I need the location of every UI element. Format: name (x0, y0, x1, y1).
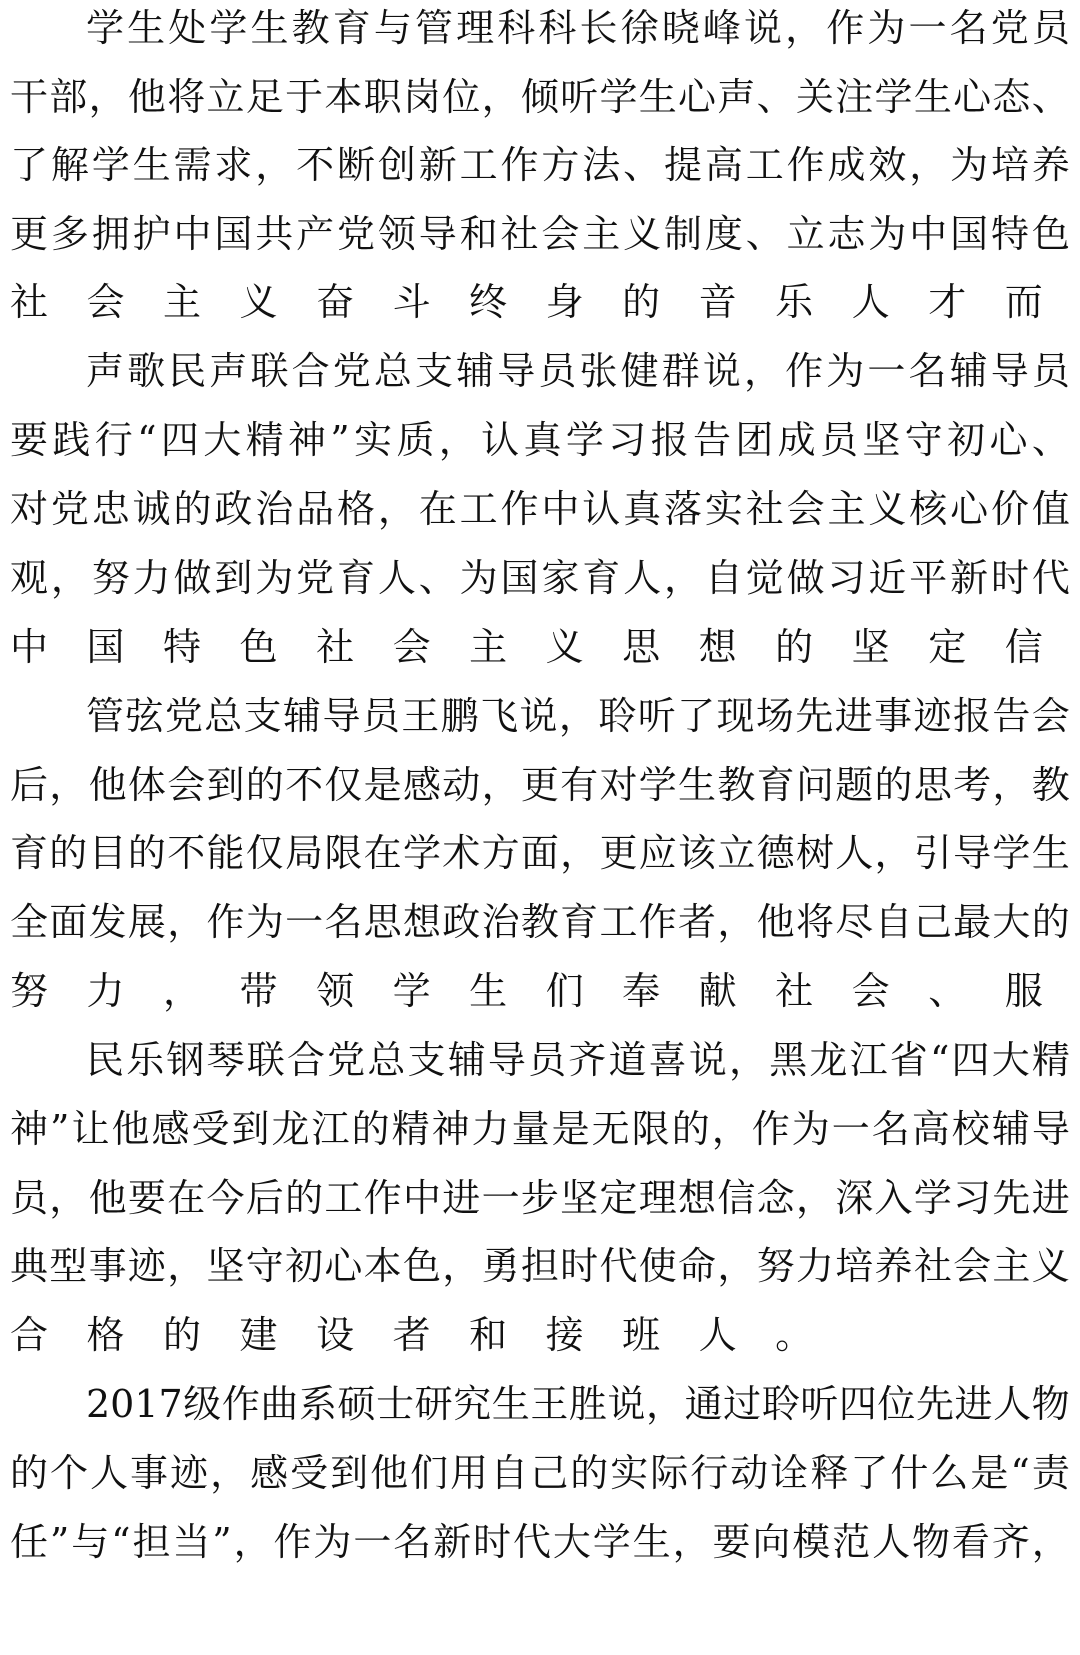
glyph: 落 (664, 479, 702, 539)
glyph: 级 (183, 1374, 221, 1434)
glyph: 党 (337, 204, 375, 264)
glyph: ， (49, 1168, 87, 1228)
glyph: 导 (497, 341, 535, 401)
glyph: 生 (133, 135, 171, 195)
glyph: 员 (528, 1030, 566, 1090)
glyph: 联 (251, 341, 289, 401)
glyph: 接 (546, 1305, 584, 1365)
glyph: 最 (953, 892, 991, 952)
glyph: ， (210, 1443, 248, 1503)
glyph: 中 (10, 617, 48, 677)
glyph: 钢 (166, 1030, 204, 1090)
glyph: 会 (393, 617, 431, 677)
paragraph-line: 2017级作曲系硕士研究生王胜说，通过聆听四位先进人物 (86, 1374, 1070, 1434)
glyph: 支 (415, 341, 453, 401)
glyph: 际 (650, 1443, 688, 1503)
glyph: 会 (852, 961, 890, 1021)
glyph: 义 (546, 617, 584, 677)
glyph: 要 (10, 410, 48, 470)
glyph: 导 (953, 823, 991, 883)
glyph: 什 (890, 1443, 928, 1503)
glyph: 求 (214, 135, 252, 195)
glyph: 物 (1032, 1374, 1070, 1434)
glyph: 名 (872, 1099, 910, 1159)
glyph: 受 (192, 1099, 230, 1159)
glyph: 不 (285, 755, 323, 815)
glyph: 会 (787, 479, 825, 539)
glyph: 将 (796, 892, 834, 952)
glyph: 工 (599, 892, 637, 952)
glyph: 位 (442, 67, 480, 127)
glyph: 对 (10, 479, 48, 539)
glyph: ， (744, 341, 782, 401)
glyph: 告 (693, 410, 731, 470)
glyph: 的 (49, 823, 87, 883)
glyph: 立 (717, 823, 755, 883)
glyph: 忠 (92, 479, 130, 539)
glyph: 的 (128, 823, 166, 883)
glyph: 核 (909, 479, 947, 539)
glyph: 作 (639, 892, 677, 952)
glyph: 护 (133, 204, 171, 264)
glyph: 生 (914, 67, 952, 127)
glyph: 省 (890, 1030, 928, 1090)
glyph: 奋 (316, 272, 354, 332)
glyph: 学 (992, 823, 1030, 883)
glyph: 学 (92, 135, 130, 195)
glyph: 神 (288, 410, 326, 470)
glyph: “ (111, 1512, 130, 1572)
glyph: 信 (717, 1168, 755, 1228)
glyph: 峰 (703, 0, 741, 58)
glyph: 心 (950, 479, 988, 539)
glyph: 共 (255, 204, 293, 264)
paragraph-line: 中国特色社会主义思想的坚定信仰者和忠实实践者。 (10, 617, 1070, 677)
glyph: 主 (992, 1236, 1030, 1296)
glyph: ， (163, 961, 201, 1021)
glyph: 育 (582, 548, 620, 608)
glyph: 心 (989, 410, 1027, 470)
glyph: ， (1032, 1512, 1070, 1572)
glyph: 实 (354, 410, 392, 470)
glyph: 制 (664, 204, 702, 264)
glyph: 应 (639, 823, 677, 883)
glyph: 守 (246, 1236, 284, 1296)
glyph: 不 (167, 823, 205, 883)
glyph: 学 (209, 0, 247, 58)
glyph: 念 (757, 1168, 795, 1228)
glyph: 态 (992, 67, 1030, 127)
glyph: ， (729, 1030, 767, 1090)
glyph: 员 (538, 341, 576, 401)
glyph: 名 (909, 341, 947, 401)
glyph: 龙 (272, 1099, 310, 1159)
glyph: 民 (168, 341, 206, 401)
glyph: 时 (991, 548, 1029, 608)
glyph: 道 (608, 1030, 646, 1090)
glyph: 物 (912, 1512, 950, 1572)
glyph: 为 (246, 892, 284, 952)
glyph: 到 (330, 1443, 368, 1503)
glyph: 作 (826, 0, 864, 58)
glyph: 管 (86, 686, 124, 746)
glyph: 深 (835, 1168, 873, 1228)
paragraph-line: 员，他要在今后的工作中进一步坚定理想信念，深入学习先进 (10, 1168, 1070, 1228)
glyph: 作 (501, 479, 539, 539)
glyph: 精 (392, 1099, 430, 1159)
glyph: 王 (401, 686, 439, 746)
glyph: 信 (1005, 617, 1043, 677)
glyph: 本 (324, 67, 362, 127)
glyph: 个 (50, 1443, 88, 1503)
glyph: 设 (316, 1305, 354, 1365)
glyph: 人 (872, 1512, 910, 1572)
glyph: 高 (705, 135, 743, 195)
glyph: 动 (730, 1443, 768, 1503)
glyph: 社 (10, 272, 48, 332)
glyph: 员 (820, 410, 858, 470)
glyph: 进 (442, 1168, 480, 1228)
glyph: 精 (1032, 1030, 1070, 1090)
glyph: 将 (167, 67, 205, 127)
glyph: 服 (1005, 961, 1043, 1021)
glyph: 总 (204, 686, 242, 746)
glyph: 该 (678, 823, 716, 883)
glyph: 力 (472, 1099, 510, 1159)
glyph: 献 (699, 961, 737, 1021)
glyph: 作 (274, 1512, 312, 1572)
glyph: 干 (10, 67, 48, 127)
glyph: 坚 (862, 410, 900, 470)
paragraph-line: 后，他体会到的不仅是感动，更有对学生教育问题的思考，教 (10, 755, 1070, 815)
glyph: 场 (756, 686, 794, 746)
paragraph-line: 努力，带领学生们奉献社会、服务社会。 (10, 961, 1070, 1021)
glyph: 仅 (324, 755, 362, 815)
glyph: 想 (678, 1168, 716, 1228)
glyph: 新 (419, 135, 457, 195)
glyph: 为 (460, 548, 498, 608)
glyph: 人 (623, 548, 661, 608)
glyph: 学 (593, 1512, 631, 1572)
glyph: 们 (410, 1443, 448, 1503)
glyph: 作 (752, 1099, 790, 1159)
glyph: 、 (623, 135, 661, 195)
glyph: 近 (868, 548, 906, 608)
glyph: 校 (952, 1099, 990, 1159)
glyph: 践 (52, 410, 90, 470)
glyph: 释 (810, 1443, 848, 1503)
glyph: 努 (757, 1236, 795, 1296)
glyph: 党 (327, 1030, 365, 1090)
glyph: 提 (664, 135, 702, 195)
glyph: 思 (622, 617, 660, 677)
glyph: 王 (530, 1374, 568, 1434)
glyph: 解 (51, 135, 89, 195)
glyph: 龙 (809, 1030, 847, 1090)
glyph: 一 (832, 1099, 870, 1159)
glyph: 到 (232, 1099, 270, 1159)
glyph: 进 (1032, 1168, 1070, 1228)
glyph: 、 (928, 961, 966, 1021)
glyph: 立 (787, 204, 825, 264)
glyph: ， (482, 755, 520, 815)
glyph: 会 (541, 204, 579, 264)
glyph: 展 (128, 892, 166, 952)
glyph: 主 (469, 617, 507, 677)
glyph: 和 (460, 204, 498, 264)
glyph: 通 (685, 1374, 723, 1434)
glyph: ， (717, 892, 755, 952)
glyph: 方 (541, 135, 579, 195)
glyph: 看 (952, 1512, 990, 1572)
paragraph-line: 合格的建设者和接班人。 (10, 1305, 1070, 1365)
glyph: 认 (481, 410, 519, 470)
glyph: 先 (916, 1374, 954, 1434)
glyph: 人 (835, 823, 873, 883)
glyph: 当 (172, 1512, 210, 1572)
glyph: 发 (89, 892, 127, 952)
paragraph-line: 声歌民声联合党总支辅导员张健群说，作为一名辅导员 (86, 341, 1070, 401)
glyph: 听 (560, 67, 598, 127)
glyph: 迹 (170, 1443, 208, 1503)
paragraph-line: 对党忠诚的政治品格，在工作中认真落实社会主义核心价值 (10, 479, 1070, 539)
glyph: 会 (167, 755, 205, 815)
glyph: 而 (1005, 272, 1043, 332)
glyph: 真 (524, 410, 562, 470)
glyph: 的 (163, 1305, 201, 1365)
glyph: 于 (285, 67, 323, 127)
glyph: 立 (206, 67, 244, 127)
glyph: 员 (362, 686, 400, 746)
document-page: 学生处学生教育与管理科科长徐晓峰说，作为一名党员干部，他将立足于本职岗位，倾听学… (0, 0, 1080, 1655)
glyph: 是 (552, 1099, 590, 1159)
glyph: 他 (89, 1168, 127, 1228)
glyph: 先 (992, 1168, 1030, 1228)
glyph: 一 (867, 341, 905, 401)
glyph: 认 (582, 479, 620, 539)
glyph: 自 (705, 548, 743, 608)
glyph: 了 (10, 135, 48, 195)
glyph: 典 (10, 1236, 48, 1296)
glyph: 鹏 (441, 686, 479, 746)
glyph: 价 (991, 479, 1029, 539)
glyph: 四 (839, 1374, 877, 1434)
glyph: 学 (566, 410, 604, 470)
glyph: 有 (560, 755, 598, 815)
glyph: ， (49, 755, 87, 815)
glyph: 色 (403, 1236, 441, 1296)
glyph: 时 (473, 1512, 511, 1572)
glyph: 四 (952, 1030, 990, 1090)
glyph: 要 (712, 1512, 750, 1572)
glyph: 支 (244, 686, 282, 746)
glyph: 会 (87, 272, 125, 332)
glyph: 勇 (482, 1236, 520, 1296)
glyph: 、 (746, 204, 784, 264)
glyph: 的 (622, 272, 660, 332)
glyph: 学 (914, 1168, 952, 1228)
glyph: 品 (296, 479, 334, 539)
glyph: 作 (785, 341, 823, 401)
glyph: 身 (546, 272, 584, 332)
glyph: 辅 (448, 1030, 486, 1090)
glyph: ， (992, 755, 1030, 815)
glyph: 导 (1032, 1099, 1070, 1159)
glyph: 德 (757, 823, 795, 883)
glyph: ， (560, 823, 598, 883)
glyph: 家 (541, 548, 579, 608)
glyph: 无 (592, 1099, 630, 1159)
glyph: 时 (560, 1236, 598, 1296)
glyph: 管 (415, 0, 453, 58)
glyph: 政 (214, 479, 252, 539)
glyph: 高 (912, 1099, 950, 1159)
glyph: 聆 (762, 1374, 800, 1434)
glyph: 的 (246, 755, 284, 815)
glyph: 不 (296, 135, 334, 195)
glyph: 作 (222, 1374, 260, 1434)
glyph: 为 (950, 135, 988, 195)
glyph: 国 (950, 204, 988, 264)
glyph: 2017 (86, 1374, 183, 1434)
glyph: 的 (174, 479, 212, 539)
glyph: 的 (875, 755, 913, 815)
glyph: 限 (632, 1099, 670, 1159)
glyph: 系 (299, 1374, 337, 1434)
glyph: 为 (792, 1099, 830, 1159)
glyph: ， (167, 892, 205, 952)
glyph: 歌 (127, 341, 165, 401)
glyph: 生 (633, 1512, 671, 1572)
glyph: 他 (111, 1099, 149, 1159)
glyph: 努 (10, 961, 48, 1021)
glyph: 岗 (403, 67, 441, 127)
glyph: 行 (690, 1443, 728, 1503)
glyph: 定 (928, 617, 966, 677)
glyph: 作 (206, 892, 244, 952)
glyph: 实 (705, 479, 743, 539)
glyph: 为 (868, 204, 906, 264)
glyph: 诚 (133, 479, 171, 539)
glyph: 为 (313, 1512, 351, 1572)
glyph: 真 (623, 479, 661, 539)
glyph: 会 (1032, 686, 1070, 746)
glyph: “ (1010, 1443, 1029, 1503)
glyph: 国 (501, 548, 539, 608)
glyph: 研 (415, 1374, 453, 1434)
glyph: 向 (752, 1512, 790, 1572)
glyph: 更 (10, 204, 48, 264)
glyph: 做 (174, 548, 212, 608)
glyph: 范 (832, 1512, 870, 1572)
glyph: ， (559, 686, 597, 746)
glyph: 音 (699, 272, 737, 332)
glyph: 曲 (260, 1374, 298, 1434)
glyph: 自 (875, 892, 913, 952)
glyph: 目 (89, 823, 127, 883)
glyph: ” (330, 410, 349, 470)
glyph: 教 (717, 755, 755, 815)
glyph: 乐 (775, 272, 813, 332)
glyph: 用 (450, 1443, 488, 1503)
glyph: 要 (128, 1168, 166, 1228)
glyph: 他 (89, 755, 127, 815)
paragraph-line: 神”让他感受到龙江的精神力量是无限的，作为一名高校辅导 (10, 1099, 1070, 1159)
glyph: 党 (51, 479, 89, 539)
glyph: 他 (128, 67, 166, 127)
glyph: 初 (285, 1236, 323, 1296)
glyph: 培 (835, 1236, 873, 1296)
glyph: 长 (580, 0, 618, 58)
glyph: 员 (1032, 341, 1070, 401)
glyph: 党 (333, 341, 371, 401)
glyph: 党 (165, 686, 203, 746)
glyph: 终 (469, 272, 507, 332)
glyph: ， (439, 410, 477, 470)
glyph: ” (50, 1512, 69, 1572)
glyph: 义 (1032, 1236, 1070, 1296)
glyph: 学 (875, 67, 913, 127)
glyph: 想 (403, 892, 441, 952)
paragraph-line: 任”与“担当”，作为一名新时代大学生，要向模范人物看齐， (10, 1512, 1070, 1572)
glyph: 合 (10, 1305, 48, 1365)
glyph: 义 (623, 204, 661, 264)
glyph: 带 (240, 961, 278, 1021)
glyph: 度 (705, 204, 743, 264)
glyph: 辅 (950, 341, 988, 401)
glyph: 人 (90, 1443, 128, 1503)
glyph: 主 (582, 204, 620, 264)
glyph: 生 (127, 0, 165, 58)
glyph: 感 (250, 1443, 288, 1503)
glyph: 告 (992, 686, 1030, 746)
glyph: 么 (930, 1443, 968, 1503)
glyph: 领 (378, 204, 416, 264)
glyph: 琴 (207, 1030, 245, 1090)
glyph: 一 (482, 1168, 520, 1228)
glyph: 为 (255, 548, 293, 608)
glyph: 作 (501, 135, 539, 195)
glyph: 的 (10, 1443, 48, 1503)
glyph: 齐 (992, 1512, 1030, 1572)
glyph: 守 (905, 410, 943, 470)
glyph: 事 (874, 686, 912, 746)
glyph: 声 (86, 341, 124, 401)
glyph: 江 (850, 1030, 888, 1090)
glyph: 特 (991, 204, 1029, 264)
glyph: 育 (333, 0, 371, 58)
glyph: 题 (835, 755, 873, 815)
glyph: 引 (914, 823, 952, 883)
glyph: 总 (374, 341, 412, 401)
glyph: 江 (312, 1099, 350, 1159)
glyph: 四 (161, 410, 199, 470)
glyph: 义 (868, 479, 906, 539)
glyph: 说 (519, 686, 557, 746)
glyph: 在 (419, 479, 457, 539)
glyph: 志 (828, 204, 866, 264)
glyph: 合 (287, 1030, 325, 1090)
glyph: 、 (757, 67, 795, 127)
glyph: 理 (456, 0, 494, 58)
glyph: 工 (324, 1168, 362, 1228)
glyph: 更 (599, 823, 637, 883)
glyph: 张 (580, 341, 618, 401)
glyph: 政 (442, 892, 480, 952)
glyph: 生 (678, 755, 716, 815)
glyph: 感 (151, 1099, 189, 1159)
glyph: ， (51, 548, 89, 608)
